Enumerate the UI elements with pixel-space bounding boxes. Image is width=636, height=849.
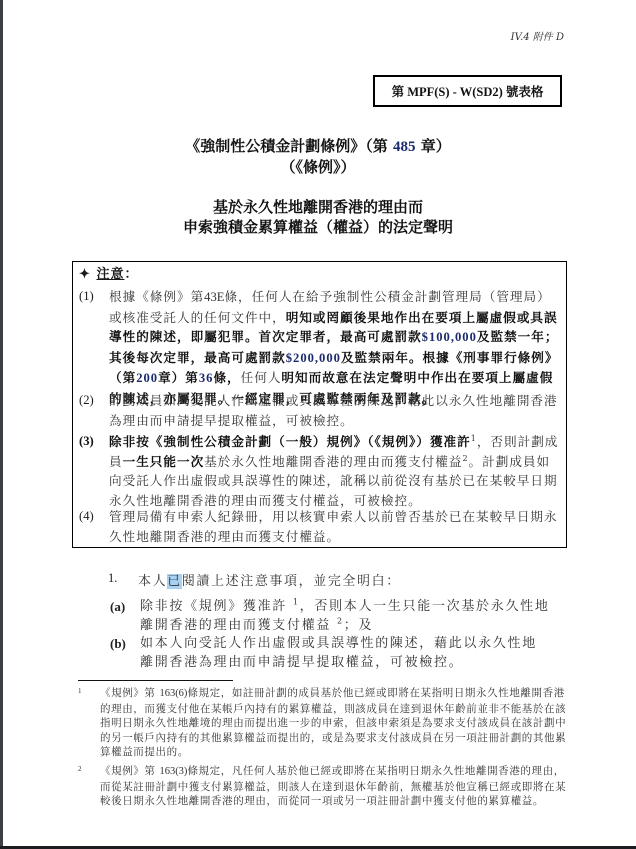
bold-text: 除非按《強制性公積金計劃（一般）規例》（《規例》）獲准許 bbox=[109, 434, 471, 449]
notice-heading: ✦ 注意： bbox=[79, 265, 138, 285]
section-number: 43E bbox=[204, 290, 224, 304]
text-run: 閱讀上述注意事項，並完全明白： bbox=[182, 574, 401, 589]
text-run: 《規例》第 bbox=[100, 765, 159, 777]
bold-text: 一生只能一次 bbox=[123, 454, 205, 469]
ordinance-short: （《條例》） bbox=[0, 157, 636, 177]
notice-item-number: (4) bbox=[79, 507, 94, 527]
declaration-item-label: (a) bbox=[110, 597, 125, 616]
ordinance-chapter: 485 bbox=[393, 139, 416, 155]
ordinance-title: 《強制性公積金計劃條例》（第 485 章） （《條例》） bbox=[0, 136, 636, 177]
fine-amount: $200,000 bbox=[286, 351, 341, 365]
text-run: 基於永久性地離開香港的理由而獲支付權益 bbox=[204, 454, 462, 469]
notice-item-number: (3) bbox=[79, 432, 94, 452]
footnote-number: 1 bbox=[78, 684, 82, 699]
footnote-number: 2 bbox=[78, 762, 82, 777]
notice-item-text: 根據《條例》第43E條，任何人在給予強制性公積金計劃管理局（管理局）或核准受託人… bbox=[109, 287, 559, 408]
declaration-title-line1: 基於永久性地離開香港的理由而 bbox=[0, 197, 636, 217]
text-run: 《規例》第 bbox=[100, 687, 159, 699]
notice-heading-colon: ： bbox=[124, 267, 138, 282]
notice-box: ✦ 注意： (1) 根據《條例》第43E條，任何人在給予強制性公積金計劃管理局（… bbox=[72, 261, 567, 548]
section-number: 163(3) bbox=[159, 766, 187, 777]
viewer-left-edge bbox=[0, 0, 3, 849]
section-number: 36 bbox=[199, 371, 214, 385]
footnote-ref[interactable]: 1 bbox=[293, 598, 300, 607]
text-run: 除非按《規例》獲准許 bbox=[140, 599, 287, 614]
form-number-box: 第 MPF(S) - W(SD2) 號表格 bbox=[373, 75, 562, 107]
declaration-item-text: 如本人向受託人作出虛假或具誤導性的陳述，藉此以永久性地離開香港為理由而申請提早提… bbox=[140, 634, 550, 672]
star-icon: ✦ bbox=[79, 267, 91, 282]
footnote-ref[interactable]: 2 bbox=[337, 617, 344, 626]
notice-item-text: 計劃成員如向受託人作出虛假或具誤導性的陳述，藉此以永久性地離開香港為理由而申請提… bbox=[109, 391, 559, 430]
ordinance-title-pre: 《強制性公積金計劃條例》（第 bbox=[185, 137, 393, 155]
notice-item-number: (2) bbox=[79, 391, 94, 411]
footnote-text: 《規例》第 163(6)條規定，如註冊計劃的成員基於他已經或即將在某指明日期永久… bbox=[100, 686, 568, 760]
text-run: 任何人 bbox=[241, 370, 282, 385]
notice-heading-text: 注意 bbox=[96, 267, 124, 282]
notice-item-text: 除非按《強制性公積金計劃（一般）規例》（《規例》）獲准許1，否則計劃成員一生只能… bbox=[109, 432, 559, 510]
declaration-statement: 本人已閱讀上述注意事項，並完全明白： bbox=[138, 570, 401, 589]
section-number: 163(6) bbox=[159, 688, 187, 699]
chapter-number: 200 bbox=[136, 371, 158, 385]
bold-text: 條， bbox=[213, 370, 240, 385]
declaration-item-text: 除非按《規例》獲准許 1，否則本人一生只能一次基於永久性地離開香港的理由而獲支付… bbox=[140, 597, 550, 635]
footnote-separator bbox=[78, 680, 233, 681]
fine-amount: $100,000 bbox=[422, 330, 477, 344]
declaration-number: 1. bbox=[108, 571, 117, 586]
text-run: 本人 bbox=[138, 574, 167, 589]
notice-item-text: 管理局備有申索人紀錄冊，用以核實申索人以前曾否基於已在某較早日期永久性地離開香港… bbox=[109, 507, 559, 546]
declaration-title: 基於永久性地離開香港的理由而 申索強積金累算權益（權益）的法定聲明 bbox=[0, 197, 636, 237]
notice-item-number: (1) bbox=[79, 287, 94, 307]
text-run: ；及 bbox=[344, 618, 373, 633]
selected-text[interactable]: 已 bbox=[167, 574, 182, 589]
footnote-text: 《規例》第 163(3)條規定，凡任何人基於他已經或即將在某指明日期永久性地離開… bbox=[100, 764, 568, 809]
bold-text: 章）第 bbox=[158, 370, 199, 385]
form-number: 第 MPF(S) - W(SD2) 號表格 bbox=[392, 82, 544, 100]
declaration-title-line2: 申索強積金累算權益（權益）的法定聲明 bbox=[0, 217, 636, 237]
text-run: 根據《條例》第 bbox=[109, 289, 204, 304]
declaration-item-label: (b) bbox=[110, 634, 126, 653]
ordinance-title-post: 章） bbox=[416, 137, 451, 155]
annex-label: IV.4 附件 D bbox=[511, 28, 564, 43]
